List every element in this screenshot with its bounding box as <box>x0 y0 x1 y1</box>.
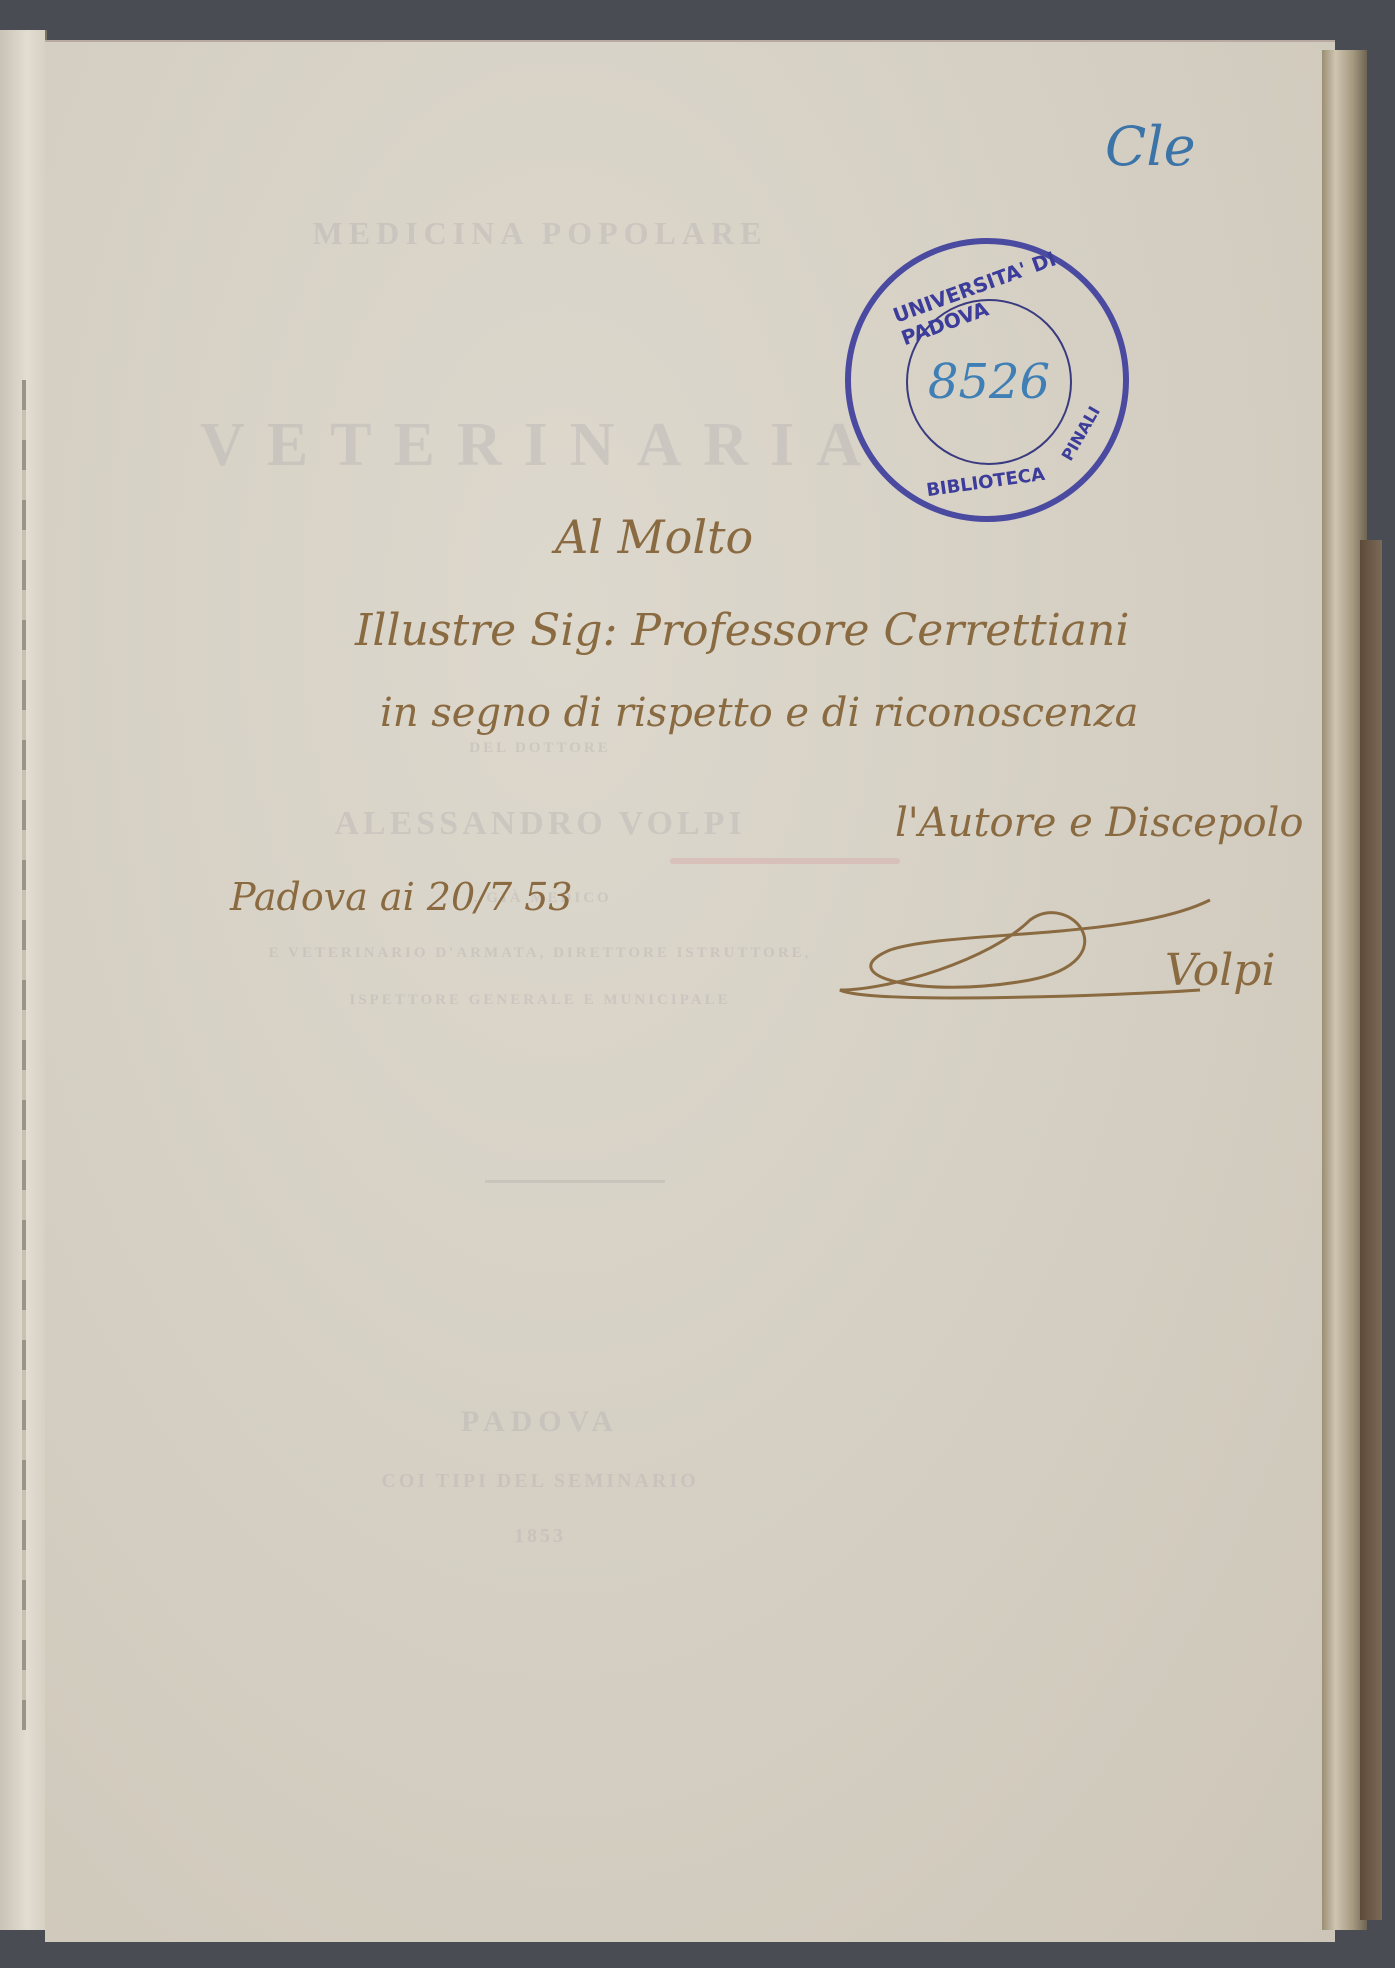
binding-thread <box>22 380 26 1730</box>
printed-author-label: DEL DOTTORE <box>200 740 880 757</box>
cover-edge <box>1360 540 1382 1920</box>
imprint-year: 1853 <box>200 1525 880 1548</box>
stamp-bottom-text: BIBLIOTECA <box>925 464 1046 501</box>
dedication-place-date: Padova ai 20/7 53 <box>230 875 573 919</box>
imprint-printer: COI TIPI DEL SEMINARIO <box>200 1470 880 1493</box>
dedication-line-2: Illustre Sig: Professore Cerrettiani <box>355 605 1129 656</box>
stamp-number: 8526 <box>928 354 1050 410</box>
printed-author-desc-3: ISPETTORE GENERALE E MUNICIPALE <box>200 992 880 1009</box>
imprint-city: PADOVA <box>200 1405 880 1439</box>
printed-author-desc-2: E VETERINARIO D'ARMATA, DIRETTORE ISTRUT… <box>200 945 880 962</box>
ornamental-rule <box>485 1180 665 1183</box>
library-stamp: 8526 UNIVERSITA' DI PADOVA BIBLIOTECA PI… <box>845 238 1129 522</box>
dedication-line-4: l'Autore e Discepolo <box>895 800 1304 846</box>
signature-flourish <box>830 880 1270 1010</box>
dedication-line-1: Al Molto <box>555 510 753 564</box>
printed-title-line-1: MEDICINA POPOLARE <box>200 215 880 252</box>
printed-author: ALESSANDRO VOLPI <box>200 805 880 843</box>
shelfmark-note: Cle <box>1105 115 1196 178</box>
printed-title-line-2: VETERINARIA <box>200 410 880 481</box>
dedication-line-3: in segno di rispetto e di riconoscenza <box>380 690 1138 736</box>
pink-underline <box>670 858 900 864</box>
